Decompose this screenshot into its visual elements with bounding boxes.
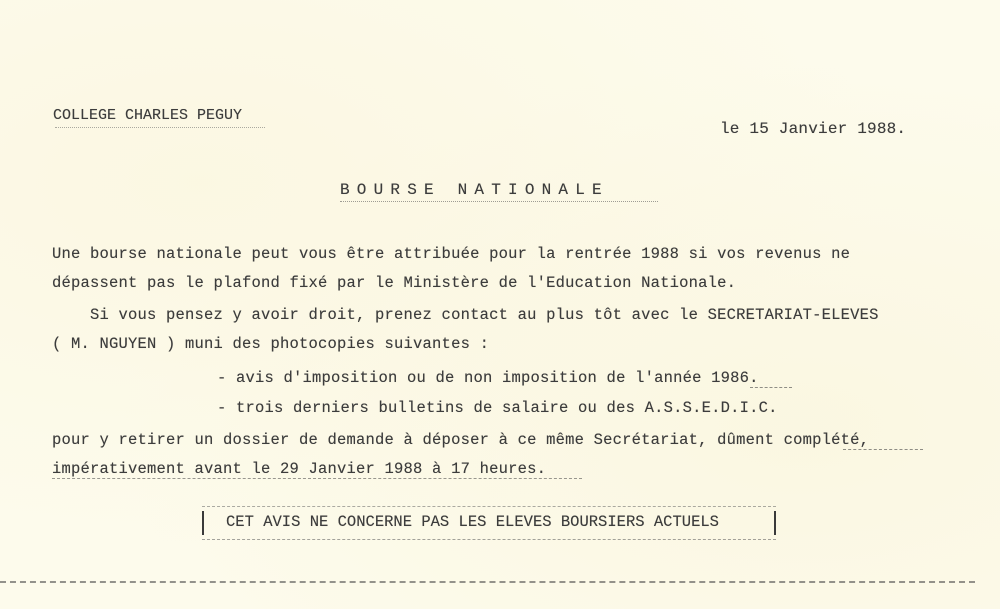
school-name: COLLEGE CHARLES PEGUY xyxy=(53,107,242,124)
underline-deadline xyxy=(52,478,582,479)
paragraph2-line2: ( M. NGUYEN ) muni des photocopies suiva… xyxy=(52,335,489,353)
document-date: le 15 Janvier 1988. xyxy=(720,120,906,138)
page-bottom-rule xyxy=(0,581,975,583)
paragraph1-line1: Une bourse nationale peut vous être attr… xyxy=(52,245,850,263)
underline-complete xyxy=(843,449,923,450)
required-document-item: - avis d'imposition ou de non imposition… xyxy=(217,369,759,387)
notice-left-bracket xyxy=(202,511,204,535)
notice-box: CET AVIS NE CONCERNE PAS LES ELEVES BOUR… xyxy=(202,506,776,540)
paragraph2-line1: Si vous pensez y avoir droit, prenez con… xyxy=(52,306,879,324)
document-title: BOURSE NATIONALE xyxy=(340,181,609,199)
school-name-underline xyxy=(55,127,265,128)
notice-right-bracket xyxy=(774,511,776,535)
paragraph3-line1: pour y retirer un dossier de demande à d… xyxy=(52,431,869,449)
title-underline xyxy=(340,201,658,202)
paragraph3-line2: impérativement avant le 29 Janvier 1988 … xyxy=(52,460,546,478)
required-document-item: - trois derniers bulletins de salaire ou… xyxy=(217,399,778,417)
paragraph1-line2: dépassent pas le plafond fixé par le Min… xyxy=(52,274,736,292)
notice-text: CET AVIS NE CONCERNE PAS LES ELEVES BOUR… xyxy=(226,513,719,531)
underline-1986 xyxy=(750,387,792,388)
